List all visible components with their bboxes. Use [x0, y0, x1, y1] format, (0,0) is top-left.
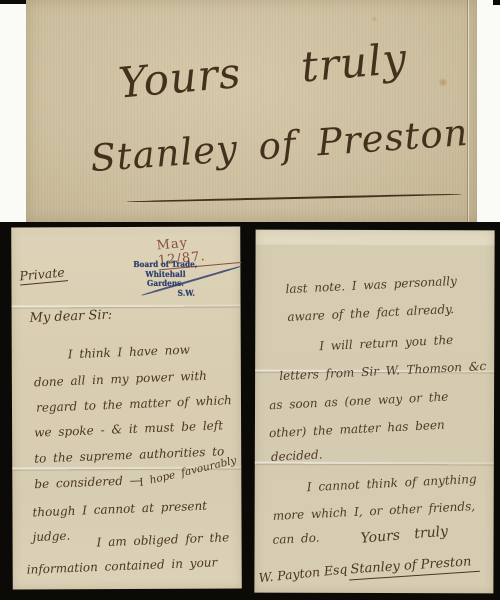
- signature-card-photo: Yours truly Stanley of Preston: [0, 0, 500, 222]
- letter-line: last note. I was personally: [285, 274, 457, 296]
- closing-valediction: Yours truly: [360, 523, 449, 546]
- valediction-script: Yours truly: [116, 33, 409, 107]
- signature-flourish-underline: [126, 193, 462, 203]
- salutation: My dear Sir:: [29, 308, 112, 326]
- letter-line: be considered —: [34, 473, 142, 491]
- letter-line: though I cannot at present: [32, 499, 207, 520]
- fold-crease: [12, 305, 241, 308]
- signature: Stanley of Preston: [348, 554, 480, 581]
- letter-line: other) the matter has been: [269, 418, 445, 441]
- letter-line: I am obliged for the: [96, 530, 229, 549]
- letter-line: aware of the fact already.: [287, 302, 454, 324]
- letter-line: I cannot think of anything: [307, 472, 477, 494]
- letter-line: information contained in your: [26, 555, 217, 576]
- signature-script: Stanley of Preston: [89, 111, 470, 180]
- private-marking: Private: [19, 264, 69, 285]
- foxing-spot: [371, 16, 378, 22]
- letter-line: as soon as (one way or the: [269, 390, 449, 413]
- stamp-line: S.W.: [131, 288, 201, 298]
- card-crease: [467, 0, 468, 222]
- autograph-letter-photo-composite: Yours truly Stanley of Preston May 12/87…: [0, 0, 500, 600]
- letter-page-1: May 12/87. Board of Trade, Whitehall Gar…: [11, 227, 242, 590]
- letter-line: I will return you the: [319, 333, 454, 354]
- letter-line: letters from Sir W. Thomson &c: [279, 359, 487, 383]
- photo-edge-artifact: [493, 0, 500, 5]
- letter-line: we spoke - & it must be left: [34, 418, 223, 439]
- letter-photo: May 12/87. Board of Trade, Whitehall Gar…: [0, 222, 500, 600]
- letter-line: judge.: [32, 529, 70, 544]
- signature-card: Yours truly Stanley of Preston: [26, 0, 477, 222]
- letter-line: done all in my power with: [34, 369, 207, 390]
- foxing-spot: [438, 78, 448, 87]
- letter-line: more which I, or other friends,: [272, 499, 475, 523]
- letter-line: can do.: [272, 531, 320, 547]
- letter-line: decided.: [271, 447, 323, 464]
- letter-page-2: last note. I was personally aware of the…: [254, 230, 494, 594]
- letter-line: I think I have now: [68, 343, 191, 362]
- addressee: W. Payton Esq: [258, 561, 348, 585]
- letter-line: regard to the matter of which: [36, 393, 232, 415]
